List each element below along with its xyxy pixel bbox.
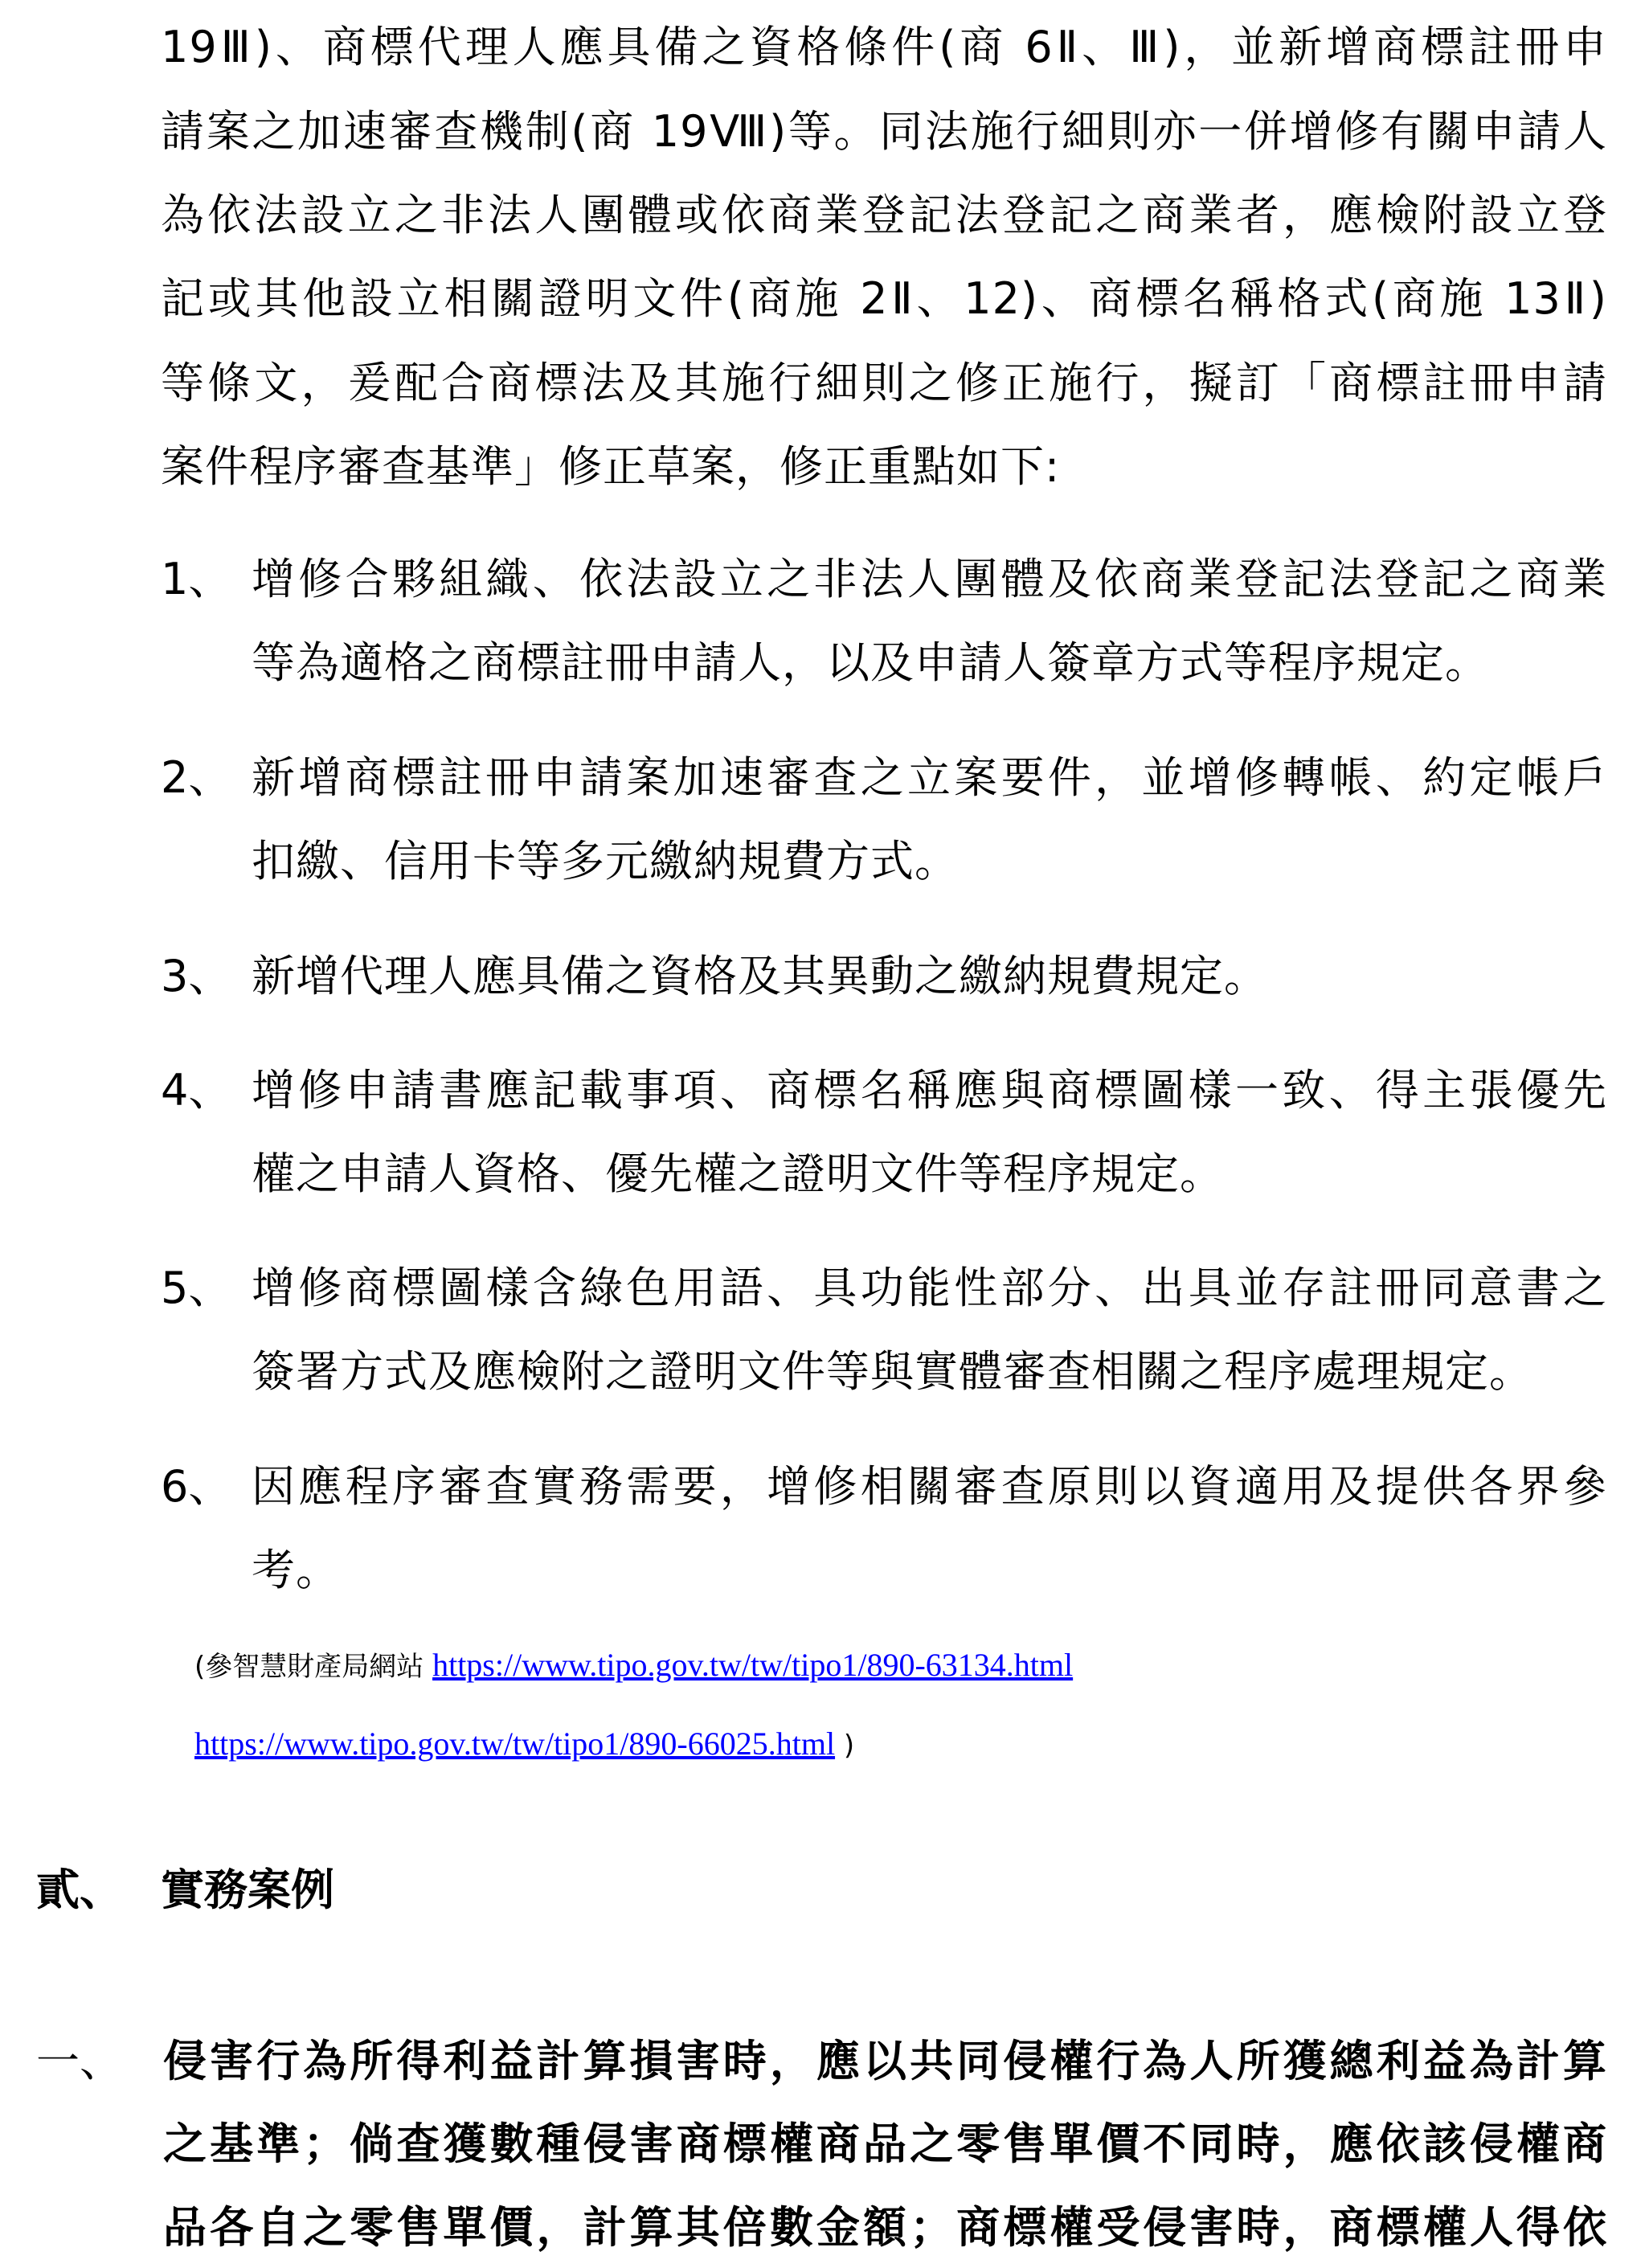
item-line: 新增代理人應具備之資格及其異動之繳納規費規定。: [252, 951, 1607, 1002]
item-line: 等為適格之商標註冊申請人，以及申請人簽章方式等程序規定。: [252, 637, 1607, 689]
case-line: 品各自之零售單價，計算其倍數金額；商標權受侵害時，商標權人得依: [163, 2202, 1607, 2254]
item-line: 因應程序審查實務需要，增修相關審查原則以資適用及提供各界參: [252, 1461, 1607, 1513]
intro-line: 為依法設立之非法人團體或依商業登記法登記之商業者，應檢附設立登: [161, 190, 1607, 241]
item-line: 扣繳、信用卡等多元繳納規費方式。: [252, 836, 1607, 887]
item-line: 新增商標註冊申請案加速審查之立案要件，並增修轉帳、約定帳戶: [252, 752, 1607, 804]
reference-link-2[interactable]: https://www.tipo.gov.tw/tw/tipo1/890-660…: [194, 1726, 835, 1762]
intro-line: 記或其他設立相關證明文件(商施 2Ⅱ、12)、商標名稱格式(商施 13Ⅱ): [161, 273, 1607, 325]
intro-line: 請案之加速審查機制(商 19Ⅷ)等。同法施行細則亦一併增修有關申請人: [161, 106, 1607, 158]
item-number: 1、: [161, 554, 231, 605]
item-line: 簽署方式及應檢附之證明文件等與實體審查相關之程序處理規定。: [252, 1346, 1607, 1398]
item-line: 權之申請人資格、優先權之證明文件等程序規定。: [252, 1148, 1607, 1200]
reference-link-1[interactable]: https://www.tipo.gov.tw/tw/tipo1/890-631…: [432, 1647, 1073, 1683]
item-number: 2、: [161, 752, 231, 804]
item-number: 3、: [161, 951, 231, 1002]
section-number: 貳、: [36, 1865, 123, 1916]
item-number: 6、: [161, 1461, 231, 1513]
item-number: 5、: [161, 1263, 231, 1314]
intro-line: 19Ⅲ)、商標代理人應具備之資格條件(商 6Ⅱ、Ⅲ)，並新增商標註冊申: [161, 22, 1607, 73]
case-number: 一、: [36, 2036, 123, 2087]
section-title: 實務案例: [161, 1865, 334, 1916]
intro-line: 等條文，爰配合商標法及其施行細則之修正施行，擬訂「商標註冊申請: [161, 358, 1607, 409]
case-line: 之基準；倘查獲數種侵害商標權商品之零售單價不同時，應依該侵權商: [163, 2119, 1607, 2170]
intro-line: 案件程序審查基準」修正草案，修正重點如下:: [161, 441, 1607, 493]
case-line: 侵害行為所得利益計算損害時，應以共同侵權行為人所獲總利益為計算: [163, 2036, 1607, 2087]
item-line: 增修申請書應記載事項、商標名稱應與商標圖樣一致、得主張優先: [252, 1065, 1607, 1116]
reference-line: https://www.tipo.gov.tw/tw/tipo1/890-660…: [194, 1725, 854, 1765]
reference-prefix: (參智慧財產局網站: [194, 1651, 432, 1683]
item-line: 增修合夥組織、依法設立之非法人團體及依商業登記法登記之商業: [252, 554, 1607, 605]
item-line: 考。: [252, 1545, 1607, 1596]
reference-suffix: ): [835, 1730, 854, 1762]
item-number: 4、: [161, 1065, 231, 1116]
reference-line: (參智慧財產局網站 https://www.tipo.gov.tw/tw/tip…: [194, 1646, 1073, 1686]
item-line: 增修商標圖樣含綠色用語、具功能性部分、出具並存註冊同意書之: [252, 1263, 1607, 1314]
